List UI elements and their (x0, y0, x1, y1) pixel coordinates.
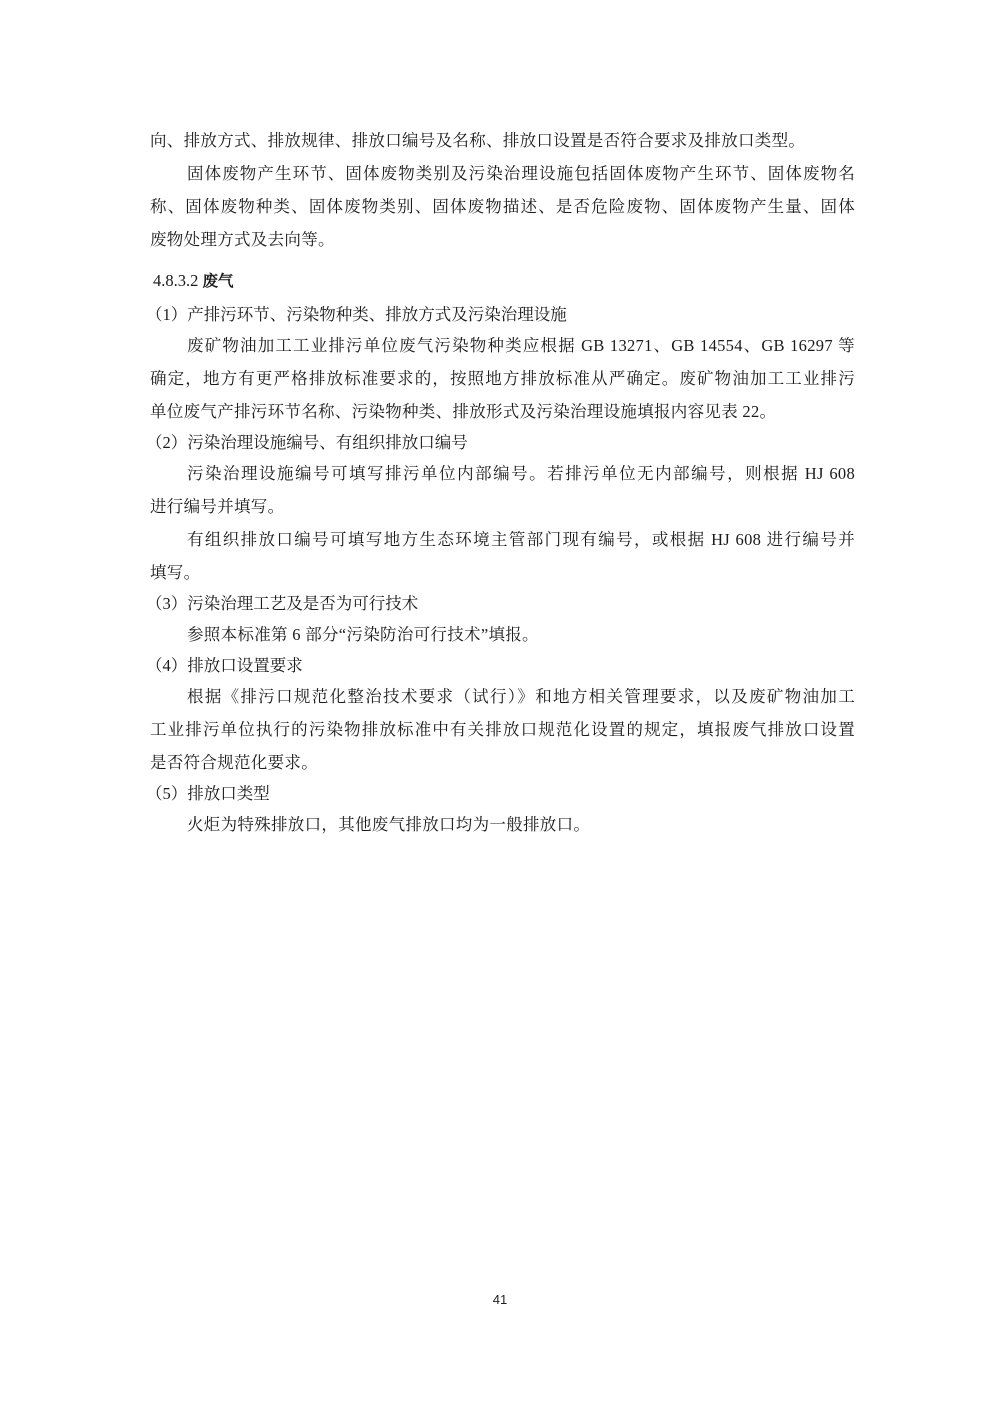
item-paragraph: 根据《排污口规范化整治技术要求（试行）》和地方相关管理要求，以及废矿物油加工 工… (150, 680, 855, 779)
text-line: 单位废气产排污环节名称、污染物种类、排放形式及污染治理设施填报内容见表 22。 (150, 395, 855, 428)
text-line: 废物处理方式及去向等。 (150, 223, 855, 256)
text-line: 确定，地方有更严格排放标准要求的，按照地方排放标准从严确定。废矿物油加工工业排污 (150, 362, 855, 395)
item-paragraph: 污染治理设施编号可填写排污单位内部编号。若排污单位无内部编号，则根据 HJ 60… (150, 457, 855, 523)
item-paragraph: 参照本标准第 6 部分“污染防治可行技术”填报。 (150, 618, 855, 651)
item-label: （2）污染治理设施编号、有组织排放口编号 (146, 428, 855, 457)
section-title: 废气 (203, 272, 234, 290)
item-3: （3）污染治理工艺及是否为可行技术 参照本标准第 6 部分“污染防治可行技术”填… (150, 589, 855, 651)
text-line: 废矿物油加工工业排污单位废气污染物种类应根据 GB 13271、GB 14554… (150, 329, 855, 362)
text-line: 固体废物产生环节、固体废物类别及污染治理设施包括固体废物产生环节、固体废物名 (150, 157, 855, 190)
item-label: （1）产排污环节、污染物种类、排放方式及污染治理设施 (146, 300, 855, 329)
page-number: 41 (0, 1292, 1000, 1307)
item-2: （2）污染治理设施编号、有组织排放口编号 污染治理设施编号可填写排污单位内部编号… (150, 428, 855, 589)
item-paragraph: 有组织排放口编号可填写地方生态环境主管部门现有编号，或根据 HJ 608 进行编… (150, 523, 855, 589)
text-line: 填写。 (150, 556, 855, 589)
document-page: 向、排放方式、排放规律、排放口编号及名称、排放口设置是否符合要求及排放口类型。 … (0, 0, 1000, 1414)
item-paragraph: 废矿物油加工工业排污单位废气污染物种类应根据 GB 13271、GB 14554… (150, 329, 855, 428)
item-1: （1）产排污环节、污染物种类、排放方式及污染治理设施 废矿物油加工工业排污单位废… (150, 300, 855, 428)
text-line: 污染治理设施编号可填写排污单位内部编号。若排污单位无内部编号，则根据 HJ 60… (150, 457, 855, 490)
solid-waste-paragraph: 固体废物产生环节、固体废物类别及污染治理设施包括固体废物产生环节、固体废物名 称… (150, 157, 855, 256)
item-label: （3）污染治理工艺及是否为可行技术 (146, 589, 855, 618)
item-4: （4）排放口设置要求 根据《排污口规范化整治技术要求（试行）》和地方相关管理要求… (150, 651, 855, 779)
item-paragraph: 火炬为特殊排放口，其他废气排放口均为一般排放口。 (150, 808, 855, 841)
text-line: 进行编号并填写。 (150, 490, 855, 523)
continuation-paragraph: 向、排放方式、排放规律、排放口编号及名称、排放口设置是否符合要求及排放口类型。 (150, 124, 855, 157)
item-label: （4）排放口设置要求 (146, 651, 855, 680)
text-line: 向、排放方式、排放规律、排放口编号及名称、排放口设置是否符合要求及排放口类型。 (150, 124, 855, 157)
text-line: 是否符合规范化要求。 (150, 746, 855, 779)
section-number: 4.8.3.2 (153, 271, 198, 290)
item-5: （5）排放口类型 火炬为特殊排放口，其他废气排放口均为一般排放口。 (150, 779, 855, 841)
text-line: 称、固体废物种类、固体废物类别、固体废物描述、是否危险废物、固体废物产生量、固体 (150, 190, 855, 223)
item-label: （5）排放口类型 (146, 779, 855, 808)
text-line: 火炬为特殊排放口，其他废气排放口均为一般排放口。 (150, 808, 855, 841)
section-heading: 4.8.3.2 废气 (150, 262, 855, 300)
page-content: 向、排放方式、排放规律、排放口编号及名称、排放口设置是否符合要求及排放口类型。 … (150, 124, 855, 841)
text-line: 工业排污单位执行的污染物排放标准中有关排放口规范化设置的规定，填报废气排放口设置 (150, 713, 855, 746)
text-line: 参照本标准第 6 部分“污染防治可行技术”填报。 (150, 618, 855, 651)
text-line: 有组织排放口编号可填写地方生态环境主管部门现有编号，或根据 HJ 608 进行编… (150, 523, 855, 556)
text-line: 根据《排污口规范化整治技术要求（试行）》和地方相关管理要求，以及废矿物油加工 (150, 680, 855, 713)
